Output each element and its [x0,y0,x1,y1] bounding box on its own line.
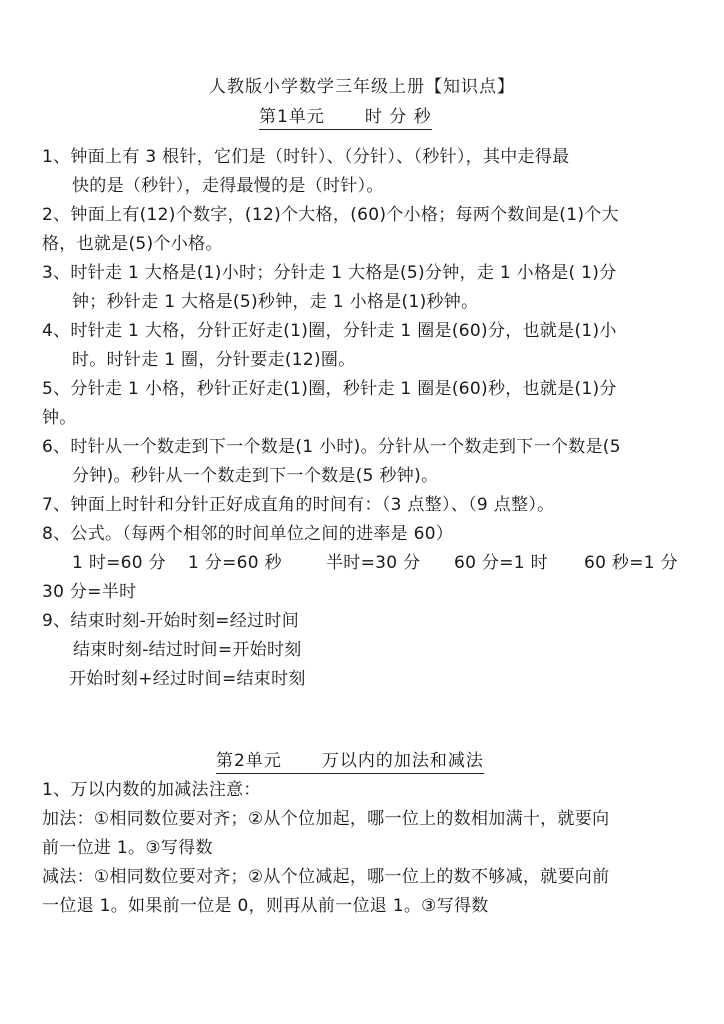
unit1-line-11: 6、时针从一个数走到下一个数是(1 小时)。分针从一个数走到下一个数是(5 [42,436,621,458]
unit1-line-1: 1、钟面上有 3 根针，它们是（时针）、（分针）、（秒针），其中走得最 [42,146,569,168]
unit2-line-1: 1、万以内数的加减法注意： [42,779,261,801]
document-title: 人教版小学数学三年级上册【知识点】 [0,76,724,98]
formula-1: 1 时=60 分 [72,552,166,574]
unit1-heading-topic: 时 分 秒 [365,107,432,127]
unit1-line-2: 快的是（秒针），走得最慢的是（时针）。 [72,175,384,197]
unit1-heading: 第1单元时 分 秒 [259,106,432,130]
unit2-heading: 第2单元万以内的加法和减法 [216,750,484,774]
formula-last: 30 分=半时 [42,581,136,603]
unit1-line-7: 4、时针走 1 大格，分针正好走(1)圈，分针走 1 圈是(60)分，也就是(1… [42,320,617,342]
unit2-line-5: 一位退 1。如果前一位是 0，则再从前一位退 1。③写得数 [42,895,489,917]
unit2-line-3: 前一位进 1。③写得数 [42,837,213,859]
unit1-line-3: 2、钟面上有(12)个数字，(12)个大格，(60)个小格；每两个数间是(1)个… [42,204,619,226]
unit2-heading-topic: 万以内的加法和减法 [322,751,484,771]
item9-line-3: 开始时刻+经过时间=结束时刻 [69,668,306,690]
unit1-heading-unit: 第1单元 [259,107,325,127]
unit1-line-5: 3、时针走 1 大格是(1)小时；分针走 1 大格是(5)分钟，走 1 小格是(… [42,262,617,284]
item9-line-1: 9、结束时刻-开始时刻=经过时间 [42,610,299,632]
unit1-line-4: 格，也就是(5)个小格。 [42,233,223,255]
formula-2: 1 分=60 秒 [188,552,282,574]
formula-5: 60 秒=1 分 [584,552,678,574]
unit1-line-12: 分钟)。秒针从一个数走到下一个数是(5 秒钟)。 [72,465,438,487]
unit1-line-13: 7、钟面上时针和分针正好成直角的时间有：（3 点整）、（9 点整）。 [42,494,554,516]
unit1-line-8: 时。时针走 1 圈，分针要走(12)圈。 [72,349,356,371]
unit2-line-4: 减法：①相同数位要对齐；②从个位减起，哪一位上的数不够减，就要向前 [42,866,609,888]
unit1-line-14: 8、公式。（每两个相邻的时间单位之间的进率是 60） [42,523,453,545]
unit1-line-10: 钟。 [42,407,77,429]
unit1-line-6: 钟；秒针走 1 大格是(5)秒钟，走 1 小格是(1)秒钟。 [72,291,478,313]
unit2-heading-unit: 第2单元 [216,751,282,771]
unit2-line-2: 加法：①相同数位要对齐；②从个位加起，哪一位上的数相加满十，就要向 [42,808,609,830]
unit1-line-9: 5、分针走 1 小格，秒针正好走(1)圈，秒针走 1 圈是(60)秒，也就是(1… [42,378,617,400]
item9-line-2: 结束时刻-结过时间=开始时刻 [73,639,302,661]
formula-4: 60 分=1 时 [454,552,548,574]
formula-3: 半时=30 分 [326,552,420,574]
